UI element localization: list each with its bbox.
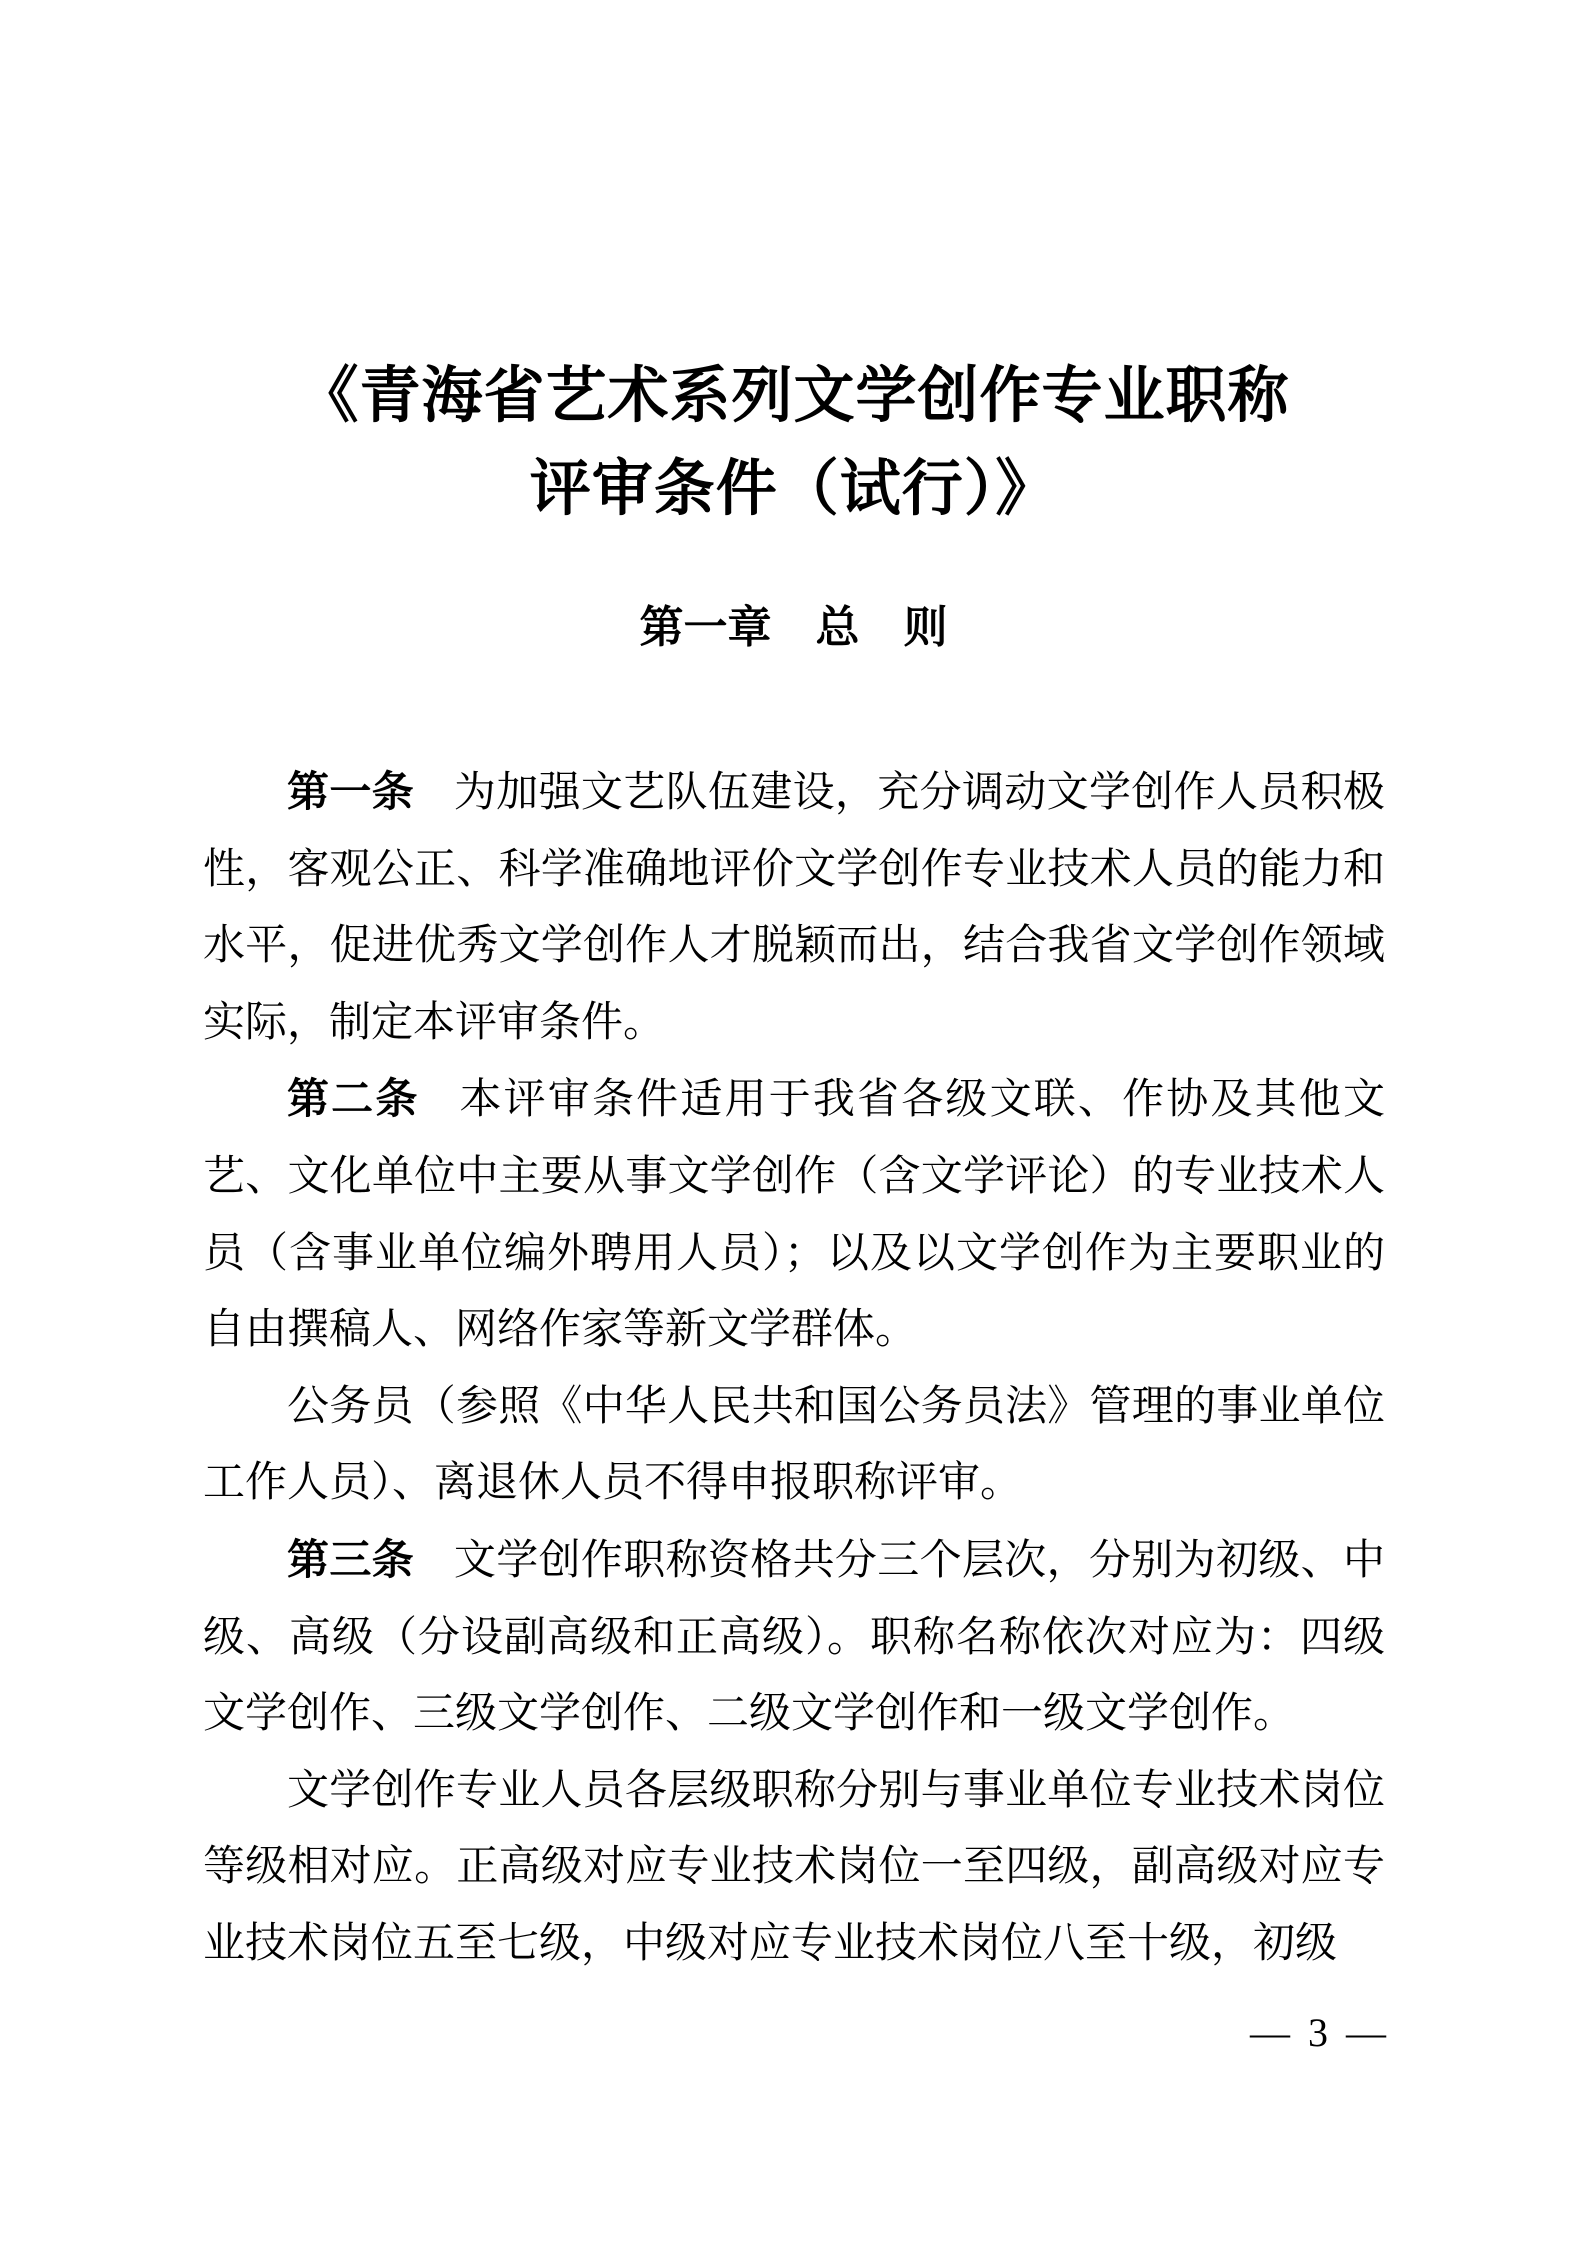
body-paragraph: 第一条为加强文艺队伍建设，充分调动文学创作人员积极性，客观公正、科学准确地评价文…	[203, 754, 1385, 1061]
document-page: 《青海省艺术系列文学创作专业职称 评审条件（试行）》 第一章 总 则 第一条为加…	[0, 0, 1587, 2245]
chapter-heading: 第一章 总 则	[0, 600, 1587, 656]
body-paragraph: 第三条文学创作职称资格共分三个层次，分别为初级、中级、高级（分设副高级和正高级）…	[203, 1522, 1385, 1753]
document-title: 《青海省艺术系列文学创作专业职称 评审条件（试行）》	[0, 350, 1587, 536]
clause-label: 第一条	[287, 768, 414, 815]
body-paragraph: 文学创作专业人员各层级职称分别与事业单位专业技术岗位等级相对应。正高级对应专业技…	[203, 1753, 1385, 1983]
clause-label: 第二条	[287, 1075, 420, 1122]
paragraph-text: 公务员（参照《中华人民共和国公务员法》管理的事业单位工作人员）、离退休人员不得申…	[203, 1384, 1385, 1507]
page-number: — 3 —	[1250, 2010, 1390, 2056]
body-paragraph: 公务员（参照《中华人民共和国公务员法》管理的事业单位工作人员）、离退休人员不得申…	[203, 1369, 1385, 1522]
paragraph-text: 文学创作专业人员各层级职称分别与事业单位专业技术岗位等级相对应。正高级对应专业技…	[203, 1768, 1385, 1967]
clause-label: 第三条	[287, 1536, 414, 1583]
document-body: 第一条为加强文艺队伍建设，充分调动文学创作人员积极性，客观公正、科学准确地评价文…	[203, 754, 1385, 1983]
document-title-line-2: 评审条件（试行）》	[0, 443, 1587, 536]
body-paragraph: 第二条本评审条件适用于我省各级文联、作协及其他文艺、文化单位中主要从事文学创作（…	[203, 1061, 1385, 1368]
document-title-line-1: 《青海省艺术系列文学创作专业职称	[0, 350, 1587, 443]
